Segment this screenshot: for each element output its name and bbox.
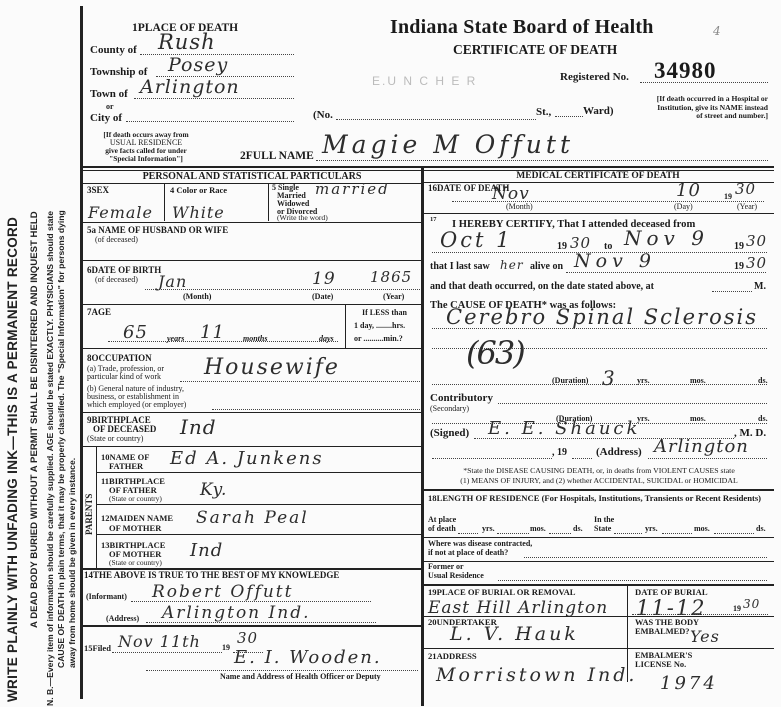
county-value[interactable]: Rush bbox=[158, 30, 216, 54]
color-value[interactable]: White bbox=[172, 203, 225, 222]
city-label: City of bbox=[90, 113, 122, 125]
dob-sublabel: (of deceased) bbox=[95, 276, 138, 285]
left-border bbox=[80, 6, 83, 699]
in-state-yrs: yrs. bbox=[645, 525, 658, 534]
ward-label: Ward) bbox=[583, 106, 614, 118]
alive-on-text: alive on bbox=[530, 262, 563, 273]
dod-year-caption: (Year) bbox=[737, 203, 757, 212]
stamp-text: E.U N C H E R bbox=[372, 74, 477, 88]
in-state-mos: mos. bbox=[694, 525, 710, 534]
center-divider bbox=[421, 166, 424, 706]
father-label-2: FATHER bbox=[109, 462, 143, 471]
month-caption: (Month) bbox=[183, 293, 211, 302]
st-label: St., bbox=[536, 107, 551, 119]
mother-bp-label-3: (State or country) bbox=[109, 559, 162, 567]
filed-date-value[interactable]: Nov 11th bbox=[118, 632, 201, 651]
burial-place-label: 19PLACE OF BURIAL OR REMOVAL bbox=[428, 588, 576, 597]
or-label: or bbox=[106, 103, 114, 112]
at-place-yrs: yrs. bbox=[482, 525, 495, 534]
full-name-value[interactable]: Magie M Offutt bbox=[322, 130, 574, 159]
mother-name-value[interactable]: Sarah Peal bbox=[196, 508, 309, 528]
burial-place-value[interactable]: East Hill Arlington bbox=[428, 598, 608, 618]
informant-label: (Informant) bbox=[86, 593, 127, 602]
certify-number: 17 bbox=[430, 216, 437, 223]
filed-label: 15Filed bbox=[84, 644, 111, 653]
footnote-2: (1) MEANS OF INJURY, and (2) whether ACC… bbox=[424, 477, 774, 486]
years-caption: years bbox=[167, 335, 184, 344]
township-label: Township of bbox=[90, 67, 147, 79]
dob-day[interactable]: 19 bbox=[312, 269, 336, 289]
embalmed-label-2: EMBALMED? bbox=[635, 628, 689, 637]
informant-address-label: (Address) bbox=[106, 615, 139, 624]
days-caption: days bbox=[319, 335, 334, 344]
former-label-2: Usual Residence bbox=[428, 572, 484, 581]
mother-birthplace-value[interactable]: Ind bbox=[190, 540, 223, 561]
footnote-1: *State the DISEASE CAUSING DEATH, or, in… bbox=[424, 467, 774, 476]
occupation-a-2: particular kind of work bbox=[87, 373, 161, 382]
health-officer-value[interactable]: E. I. Wooden. bbox=[234, 647, 382, 668]
last-saw-text: that I last saw bbox=[430, 262, 490, 273]
registered-number: 34980 bbox=[654, 58, 717, 84]
duration-yrs: yrs. bbox=[637, 377, 650, 386]
contracted-label-2: if not at place of death? bbox=[428, 549, 508, 558]
last-saw-year[interactable]: 30 bbox=[746, 254, 767, 272]
corner-mark: 4 bbox=[713, 24, 722, 38]
burial-year-value[interactable]: 30 bbox=[743, 597, 760, 611]
to-year-prefix: 19 bbox=[734, 242, 744, 253]
town-label: Town of bbox=[90, 89, 128, 101]
duration-ds-2: ds. bbox=[758, 415, 768, 424]
dob-month[interactable]: Jan bbox=[158, 272, 187, 291]
margin-note-line2: CAUSE OF DEATH in plain terms, that it m… bbox=[56, 210, 66, 668]
birthplace-value[interactable]: Ind bbox=[180, 415, 217, 439]
township-value[interactable]: Posey bbox=[168, 54, 228, 76]
occupation-label: 8OCCUPATION bbox=[87, 354, 152, 363]
less-than-label-2: 1 day, ........hrs. bbox=[354, 322, 405, 331]
license-value[interactable]: 1974 bbox=[660, 673, 718, 694]
nineteen-label: , 19 bbox=[552, 448, 567, 459]
sex-label: 3SEX bbox=[87, 186, 109, 195]
license-label-2: LICENSE No. bbox=[635, 661, 686, 670]
mother-label-2: OF MOTHER bbox=[109, 524, 161, 533]
medical-heading: MEDICAL CERTIFICATE OF DEATH bbox=[424, 172, 772, 182]
sex-value[interactable]: Female bbox=[88, 203, 153, 222]
months-caption: months bbox=[243, 335, 267, 344]
father-birthplace-value[interactable]: Ky. bbox=[200, 480, 227, 500]
physician-signature[interactable]: E. E. Shauck bbox=[488, 418, 640, 439]
age-months[interactable]: 11 bbox=[200, 322, 225, 343]
in-state-ds: ds. bbox=[756, 525, 766, 534]
filed-year-value[interactable]: 30 bbox=[237, 629, 258, 647]
parents-side-label: PARENTS bbox=[84, 494, 94, 535]
undertaker-address-value[interactable]: Morristown Ind. bbox=[436, 664, 637, 686]
father-name-value[interactable]: Ed A. Junkens bbox=[170, 448, 324, 469]
dod-month-caption: (Month) bbox=[506, 203, 533, 212]
dod-day-caption: (Day) bbox=[674, 203, 693, 212]
occupation-b-3: which employed (or employer) bbox=[87, 401, 186, 410]
duration-mos: mos. bbox=[690, 377, 706, 386]
full-name-label: 2FULL NAME bbox=[240, 150, 314, 162]
physician-address-value[interactable]: Arlington bbox=[654, 436, 749, 457]
at-place-ds: ds. bbox=[573, 525, 583, 534]
father-bp-label-3: (State or country) bbox=[109, 495, 162, 503]
cause-value[interactable]: Cerebro Spinal Sclerosis bbox=[446, 305, 758, 329]
from-year-prefix: 19 bbox=[557, 242, 567, 253]
dob-year[interactable]: 1865 bbox=[370, 268, 412, 286]
signed-label: (Signed) bbox=[430, 428, 469, 440]
physician-address-label: (Address) bbox=[596, 447, 642, 459]
birthplace-label-3: (State or country) bbox=[87, 435, 143, 444]
date-caption: (Date) bbox=[312, 293, 333, 302]
dod-year-prefix: 19 bbox=[724, 193, 732, 202]
attended-to-year[interactable]: 30 bbox=[746, 232, 767, 250]
attended-to[interactable]: Nov 9 bbox=[624, 226, 709, 250]
county-label: County of bbox=[90, 45, 137, 57]
street-no-label: (No. bbox=[313, 110, 333, 122]
document-title: Indiana State Board of Health bbox=[390, 16, 654, 39]
duration-label: (Duration) bbox=[552, 377, 588, 386]
registered-label: Registered No. bbox=[560, 72, 629, 84]
embalmed-value[interactable]: Yes bbox=[690, 627, 720, 646]
town-value[interactable]: Arlington bbox=[140, 76, 240, 98]
spouse-sublabel: (of deceased) bbox=[95, 236, 138, 245]
duration-value[interactable]: 3 bbox=[602, 366, 616, 390]
header-bottom-rule bbox=[80, 166, 774, 168]
informant-address-value[interactable]: Arlington Ind. bbox=[162, 603, 310, 623]
document-subtitle: CERTIFICATE OF DEATH bbox=[453, 42, 617, 58]
occupation-value[interactable]: Housewife bbox=[204, 355, 340, 380]
dod-year[interactable]: 30 bbox=[735, 180, 756, 198]
less-than-label-1: If LESS than bbox=[362, 309, 407, 318]
informant-heading: 14THE ABOVE IS TRUE TO THE BEST OF MY KN… bbox=[84, 571, 339, 580]
dod-month[interactable]: Nov bbox=[492, 184, 530, 204]
contributory-label: Contributory bbox=[430, 393, 493, 405]
attended-from[interactable]: Oct 1 bbox=[440, 228, 512, 252]
age-years[interactable]: 65 bbox=[123, 322, 148, 343]
pronoun-value[interactable]: her bbox=[500, 258, 524, 272]
undertaker-value[interactable]: L. V. Hauk bbox=[450, 623, 579, 645]
age-label: 7AGE bbox=[87, 308, 111, 317]
mother-label-1: 12MAIDEN NAME bbox=[101, 514, 173, 523]
at-place-label-2: of death bbox=[428, 525, 456, 534]
less-than-label-3: or ..........min.? bbox=[354, 335, 403, 344]
informant-value[interactable]: Robert Offutt bbox=[152, 582, 293, 602]
occurred-text: and that death occurred, on the date sta… bbox=[430, 282, 654, 293]
in-state-label-2: State bbox=[594, 525, 611, 534]
last-saw-date[interactable]: Nov 9 bbox=[574, 250, 656, 272]
secondary-label: (Secondary) bbox=[430, 405, 469, 414]
margin-warning-burial: A DEAD BODY BURIED WITHOUT A PERMIT SHAL… bbox=[29, 211, 40, 628]
residence-heading: 18LENGTH OF RESIDENCE (For Hospitals, In… bbox=[428, 493, 772, 503]
cause-code[interactable]: (63) bbox=[466, 334, 524, 372]
undertaker-address-label: 21ADDRESS bbox=[428, 652, 477, 661]
margin-note-line1: N. B.—Every item of information should b… bbox=[45, 211, 55, 706]
margin-note-line3: away from home should be given in every … bbox=[67, 458, 77, 668]
duration-ds: ds. bbox=[758, 377, 768, 386]
health-officer-caption: Name and Address of Health Officer or De… bbox=[220, 673, 381, 682]
margin-warning-ink: WRITE PLAINLY WITH UNFADING INK—THIS IS … bbox=[5, 217, 20, 702]
duration-mos-2: mos. bbox=[690, 415, 706, 424]
away-note-4: "Special Information"] bbox=[90, 155, 202, 163]
filed-year-prefix: 19 bbox=[222, 644, 230, 653]
color-label: 4 Color or Race bbox=[170, 186, 227, 195]
at-place-mos: mos. bbox=[530, 525, 546, 534]
hospital-note: [If death occurred in a Hospital or Inst… bbox=[650, 95, 768, 121]
m-label: M. bbox=[754, 282, 766, 293]
burial-year-prefix: 19 bbox=[733, 605, 741, 614]
marital-value[interactable]: married bbox=[315, 180, 390, 198]
last-saw-year-prefix: 19 bbox=[734, 262, 744, 273]
dod-day[interactable]: 10 bbox=[676, 180, 701, 201]
year-caption: (Year) bbox=[383, 293, 404, 302]
